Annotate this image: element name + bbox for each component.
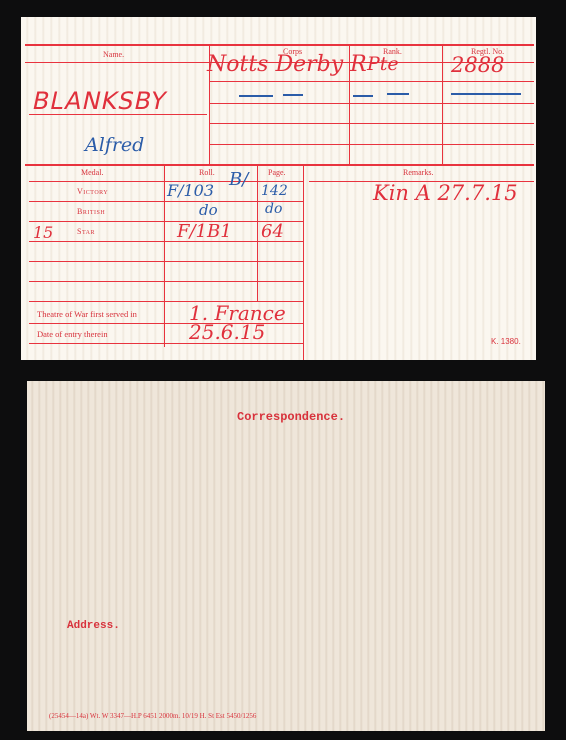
forename: Alfred bbox=[85, 134, 144, 156]
medal-index-card-back: Correspondence. Address. (25454—14a) Wt.… bbox=[27, 381, 545, 731]
roll-british: do bbox=[199, 201, 218, 219]
medal-index-card-front: Name. Corps Rank. Regtl. No. BLANKSBY Al… bbox=[21, 17, 536, 360]
theatre-label: Theatre of War first served in bbox=[37, 309, 137, 319]
medal-section-rule bbox=[25, 164, 534, 166]
ditto-mark-corps bbox=[239, 95, 273, 97]
rank-value: Pte bbox=[367, 53, 399, 75]
surname: BLANKSBY bbox=[30, 87, 169, 115]
row-rule bbox=[29, 281, 303, 282]
medal-star: Star bbox=[77, 227, 95, 236]
entry-date-value: 25.6.15 bbox=[189, 320, 265, 344]
address-label: Address. bbox=[67, 620, 120, 632]
star-prefix: 15 bbox=[33, 223, 53, 242]
ditto-mark-rank bbox=[353, 95, 373, 97]
ditto-mark-corps bbox=[283, 94, 303, 96]
top-rule bbox=[25, 44, 534, 46]
medal-british: British bbox=[77, 207, 105, 216]
divider-medal-roll bbox=[164, 164, 165, 347]
row-rule bbox=[209, 81, 534, 82]
print-line: (25454—14a) Wt. W 3347—H.P 6451 2000m. 1… bbox=[49, 712, 256, 720]
remark-value: Kin A 27.7.15 bbox=[373, 181, 518, 205]
header-roll: Roll. bbox=[199, 168, 215, 177]
medal-victory: Victory bbox=[77, 187, 108, 196]
ditto-mark-rank bbox=[387, 93, 409, 95]
page-star: 64 bbox=[261, 221, 284, 242]
roll-annotation: B/ bbox=[229, 169, 248, 190]
divider-page-remarks bbox=[303, 164, 304, 360]
row-rule bbox=[209, 103, 534, 104]
correspondence-title: Correspondence. bbox=[237, 410, 345, 424]
row-rule bbox=[29, 201, 303, 202]
row-rule bbox=[209, 144, 534, 145]
ditto-mark-regtl bbox=[451, 93, 521, 95]
roll-victory: F/103 bbox=[167, 181, 214, 200]
row-rule bbox=[29, 261, 303, 262]
header-name: Name. bbox=[103, 50, 124, 59]
row-rule bbox=[209, 123, 534, 124]
entry-date-label: Date of entry therein bbox=[37, 329, 108, 339]
regtl-no-value: 2888 bbox=[451, 53, 504, 77]
page-british: do bbox=[265, 201, 282, 217]
header-remarks: Remarks. bbox=[403, 168, 433, 177]
row-rule bbox=[29, 181, 303, 182]
form-number: K. 1380. bbox=[491, 337, 521, 346]
divider-rank-regtl bbox=[442, 44, 443, 165]
page-victory: 142 bbox=[261, 183, 288, 199]
header-medal: Medal. bbox=[81, 168, 103, 177]
header-page: Page. bbox=[268, 168, 286, 177]
corps-value: Notts Derby R bbox=[207, 52, 367, 77]
roll-star: F/1B1 bbox=[177, 221, 232, 242]
